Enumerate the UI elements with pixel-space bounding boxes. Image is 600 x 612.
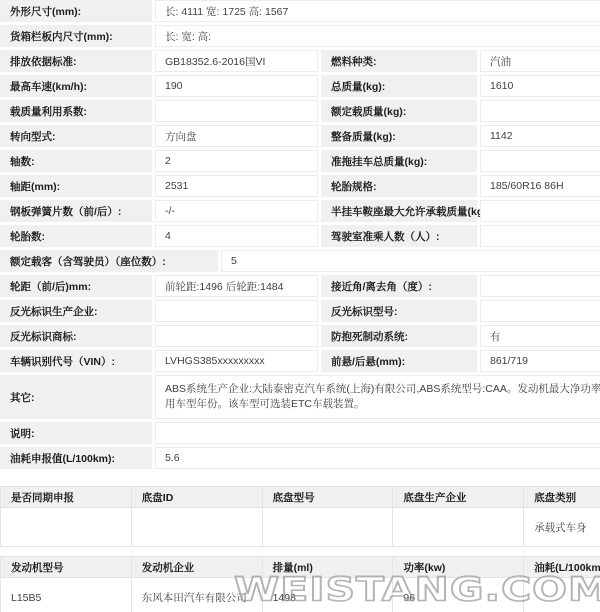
spec-value: 5.6 bbox=[155, 447, 600, 469]
spec-value: 1142 bbox=[480, 125, 600, 147]
spec-label: 反光标识商标: bbox=[0, 325, 152, 347]
spec-value: 汽油 bbox=[480, 50, 600, 72]
engine-value-row: L15B5东风本田汽车有限公司149896 bbox=[1, 578, 600, 612]
spec-label: 其它: bbox=[0, 375, 152, 419]
spec-row: 最高车速(km/h):190总质量(kg):1610 bbox=[0, 75, 600, 97]
spec-label: 防抱死制动系统: bbox=[321, 325, 477, 347]
spec-value bbox=[155, 325, 318, 347]
spec-label: 钢板弹簧片数（前/后）: bbox=[0, 200, 152, 222]
spec-value: -/- bbox=[155, 200, 318, 222]
spec-label: 反光标识生产企业: bbox=[0, 300, 152, 322]
spec-value bbox=[480, 275, 600, 297]
spec-row: 转向型式:方向盘整备质量(kg):1142 bbox=[0, 125, 600, 147]
spec-label: 排放依据标准: bbox=[0, 50, 152, 72]
chassis-header-cell: 底盘生产企业 bbox=[393, 487, 524, 508]
spec-label: 载质量利用系数: bbox=[0, 100, 152, 122]
spec-value: 2531 bbox=[155, 175, 318, 197]
spec-value bbox=[480, 100, 600, 122]
vehicle-spec-page: { "main_table": { "rows": [ {"label": "外… bbox=[0, 0, 600, 612]
spec-label: 反光标识型号: bbox=[321, 300, 477, 322]
spec-value: 190 bbox=[155, 75, 318, 97]
spec-label: 最高车速(km/h): bbox=[0, 75, 152, 97]
spec-value: 1610 bbox=[480, 75, 600, 97]
spec-label: 整备质量(kg): bbox=[321, 125, 477, 147]
chassis-value-row: 承载式车身 bbox=[1, 508, 600, 547]
spec-row: 轴距(mm):2531轮胎规格:185/60R16 86H bbox=[0, 175, 600, 197]
chassis-value-cell bbox=[131, 508, 262, 547]
spec-label: 轴距(mm): bbox=[0, 175, 152, 197]
engine-header-cell: 油耗(L/100km) bbox=[524, 557, 600, 578]
spec-label: 额定载客（含驾驶员）（座位数）: bbox=[0, 250, 218, 272]
chassis-header-cell: 底盘类别 bbox=[524, 487, 600, 508]
spec-label: 半挂车鞍座最大允许承载质量(kg): bbox=[321, 200, 477, 222]
spec-label: 总质量(kg): bbox=[321, 75, 477, 97]
chassis-value-cell: 承载式车身 bbox=[524, 508, 600, 547]
spec-label: 车辆识别代号（VIN）: bbox=[0, 350, 152, 372]
spec-value: 5 bbox=[221, 250, 600, 272]
engine-table: 发动机型号发动机企业排量(ml)功率(kw)油耗(L/100km)L15B5东风… bbox=[0, 556, 600, 612]
chassis-value-cell bbox=[1, 508, 132, 547]
spec-value bbox=[155, 422, 600, 444]
engine-header-cell: 发动机型号 bbox=[1, 557, 132, 578]
engine-value-cell bbox=[524, 578, 600, 612]
spec-label: 轴数: bbox=[0, 150, 152, 172]
spec-value: 185/60R16 86H bbox=[480, 175, 600, 197]
spec-label: 燃料种类: bbox=[321, 50, 477, 72]
spec-label: 轮距（前/后)mm: bbox=[0, 275, 152, 297]
engine-header-cell: 排量(ml) bbox=[262, 557, 393, 578]
spec-value: 长: 宽: 高: bbox=[155, 25, 600, 47]
spec-value: LVHGS385xxxxxxxxx bbox=[155, 350, 318, 372]
spec-label: 外形尺寸(mm): bbox=[0, 0, 152, 22]
spec-value bbox=[480, 150, 600, 172]
chassis-table: 是否同期申报底盘ID底盘型号底盘生产企业底盘类别承载式车身 bbox=[0, 486, 600, 547]
spec-label: 转向型式: bbox=[0, 125, 152, 147]
spec-row: 反光标识生产企业:反光标识型号: bbox=[0, 300, 600, 322]
chassis-value-cell bbox=[262, 508, 393, 547]
spec-label: 说明: bbox=[0, 422, 152, 444]
chassis-header-row: 是否同期申报底盘ID底盘型号底盘生产企业底盘类别 bbox=[1, 487, 600, 508]
spec-label: 额定载质量(kg): bbox=[321, 100, 477, 122]
spec-value: 4 bbox=[155, 225, 318, 247]
engine-header-row: 发动机型号发动机企业排量(ml)功率(kw)油耗(L/100km) bbox=[1, 557, 600, 578]
spec-row: 油耗申报值(L/100km):5.6 bbox=[0, 447, 600, 469]
spec-label: 准拖挂车总质量(kg): bbox=[321, 150, 477, 172]
engine-value-cell: L15B5 bbox=[1, 578, 132, 612]
spec-value bbox=[155, 300, 318, 322]
engine-value-cell: 1498 bbox=[262, 578, 393, 612]
spec-label: 货箱栏板内尺寸(mm): bbox=[0, 25, 152, 47]
engine-value-cell: 96 bbox=[393, 578, 524, 612]
spec-value bbox=[155, 100, 318, 122]
vehicle-spec-table: 外形尺寸(mm):长: 4111 宽: 1725 高: 1567货箱栏板内尺寸(… bbox=[0, 0, 600, 472]
spec-row: 轮距（前/后)mm:前轮距:1496 后轮距:1484接近角/离去角（度）: bbox=[0, 275, 600, 297]
spec-row: 说明: bbox=[0, 422, 600, 444]
spec-row: 额定载客（含驾驶员）（座位数）:5 bbox=[0, 250, 600, 272]
spec-label: 驾驶室准乘人数（人）: bbox=[321, 225, 477, 247]
spec-row: 反光标识商标:防抱死制动系统:有 bbox=[0, 325, 600, 347]
spec-row: 载质量利用系数:额定载质量(kg): bbox=[0, 100, 600, 122]
spec-value bbox=[480, 200, 600, 222]
spec-row: 排放依据标准:GB18352.6-2016国VI燃料种类:汽油 bbox=[0, 50, 600, 72]
spec-value: 有 bbox=[480, 325, 600, 347]
spec-row: 外形尺寸(mm):长: 4111 宽: 1725 高: 1567 bbox=[0, 0, 600, 22]
spec-label: 轮胎规格: bbox=[321, 175, 477, 197]
spec-value: 前轮距:1496 后轮距:1484 bbox=[155, 275, 318, 297]
spec-label: 油耗申报值(L/100km): bbox=[0, 447, 152, 469]
spec-value bbox=[480, 300, 600, 322]
spec-value bbox=[480, 225, 600, 247]
chassis-header-cell: 底盘型号 bbox=[262, 487, 393, 508]
spec-value: GB18352.6-2016国VI bbox=[155, 50, 318, 72]
engine-value-cell: 东风本田汽车有限公司 bbox=[131, 578, 262, 612]
spec-value: ABS系统生产企业:大陆泰密克汽车系统(上海)有限公司,ABS系统型号:CAA。… bbox=[155, 375, 600, 419]
engine-header-cell: 功率(kw) bbox=[393, 557, 524, 578]
spec-value: 861/719 bbox=[480, 350, 600, 372]
chassis-header-cell: 底盘ID bbox=[131, 487, 262, 508]
chassis-header-cell: 是否同期申报 bbox=[1, 487, 132, 508]
spec-label: 接近角/离去角（度）: bbox=[321, 275, 477, 297]
spec-label: 前悬/后悬(mm): bbox=[321, 350, 477, 372]
spec-row: 车辆识别代号（VIN）:LVHGS385xxxxxxxxx前悬/后悬(mm):8… bbox=[0, 350, 600, 372]
spec-value: 长: 4111 宽: 1725 高: 1567 bbox=[155, 0, 600, 22]
spec-row: 其它:ABS系统生产企业:大陆泰密克汽车系统(上海)有限公司,ABS系统型号:C… bbox=[0, 375, 600, 419]
spec-value: 方向盘 bbox=[155, 125, 318, 147]
spec-row: 轴数:2准拖挂车总质量(kg): bbox=[0, 150, 600, 172]
spec-label: 轮胎数: bbox=[0, 225, 152, 247]
spec-row: 货箱栏板内尺寸(mm):长: 宽: 高: bbox=[0, 25, 600, 47]
spec-row: 钢板弹簧片数（前/后）:-/-半挂车鞍座最大允许承载质量(kg): bbox=[0, 200, 600, 222]
engine-header-cell: 发动机企业 bbox=[131, 557, 262, 578]
spec-value: 2 bbox=[155, 150, 318, 172]
chassis-value-cell bbox=[393, 508, 524, 547]
spec-row: 轮胎数:4驾驶室准乘人数（人）: bbox=[0, 225, 600, 247]
